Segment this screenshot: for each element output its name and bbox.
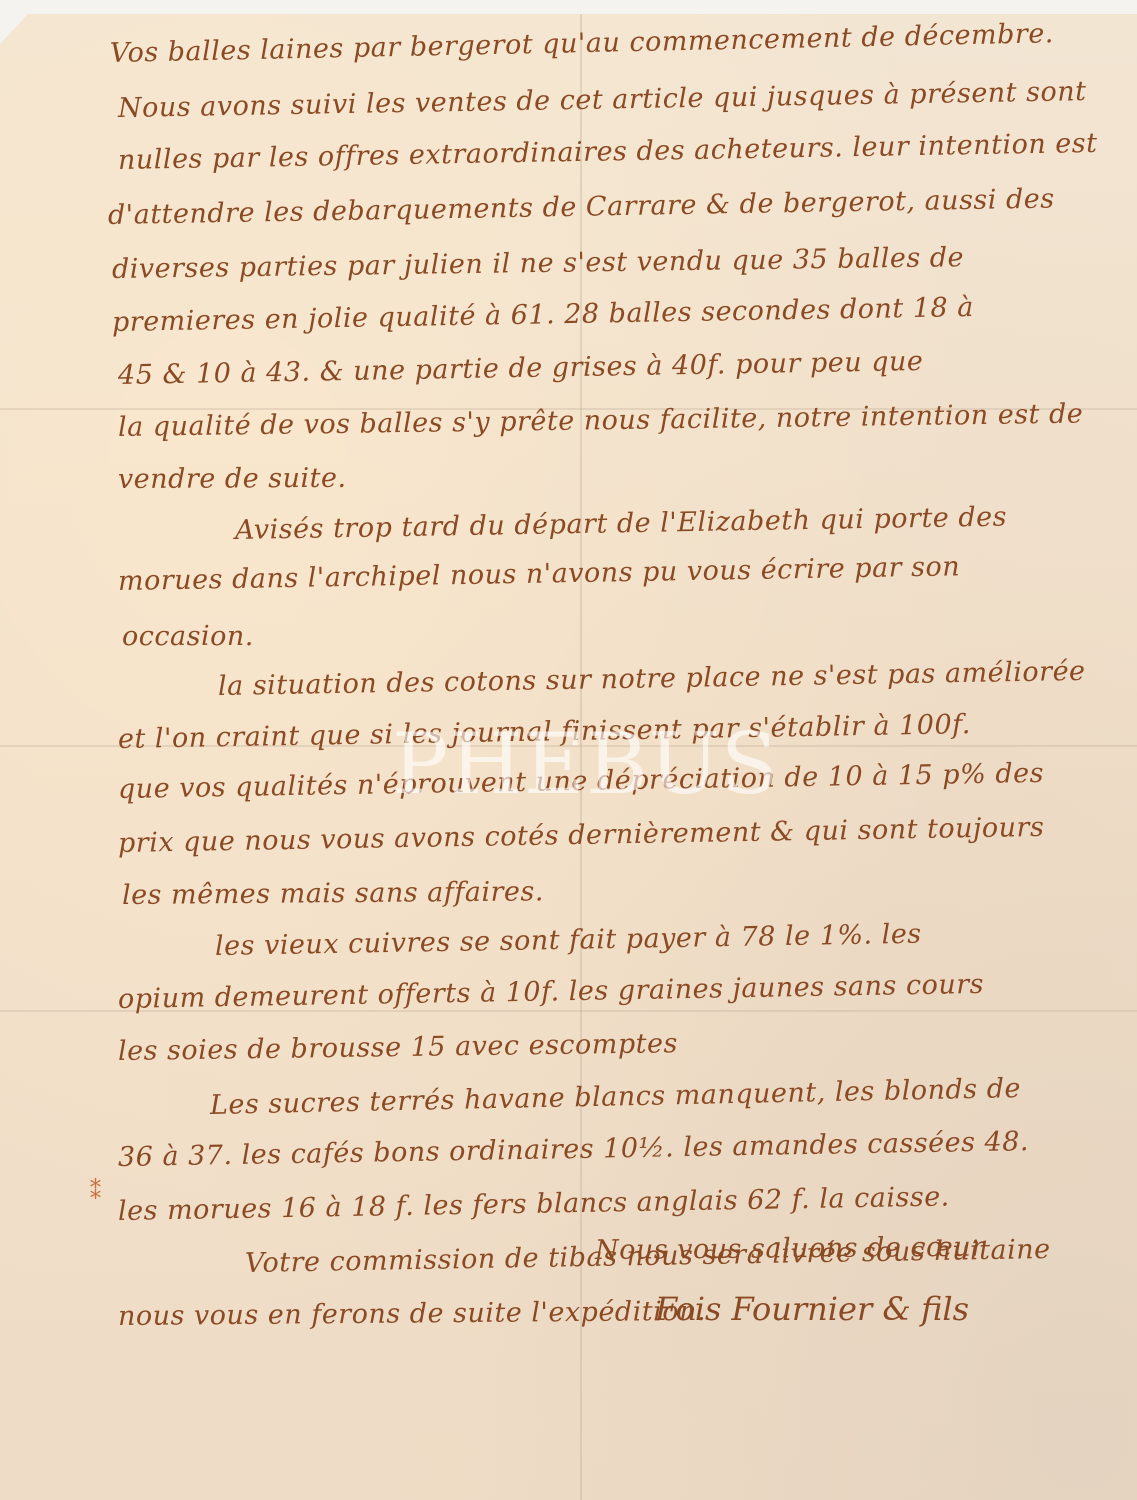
fold-line-vertical — [580, 14, 582, 1500]
letter-sheet — [0, 14, 1137, 1500]
letter-line: nous vous en ferons de suite l'expéditio… — [118, 1296, 706, 1332]
letter-line: les mêmes mais sans affaires. — [122, 876, 544, 911]
letter-closing: Nous vous saluons de cœur — [595, 1232, 985, 1266]
signature: Fois Fournier & fils — [655, 1290, 969, 1328]
letter-line: occasion. — [122, 621, 254, 652]
margin-mark: ⁑ — [90, 1180, 101, 1205]
letter-line: vendre de suite. — [118, 463, 347, 495]
